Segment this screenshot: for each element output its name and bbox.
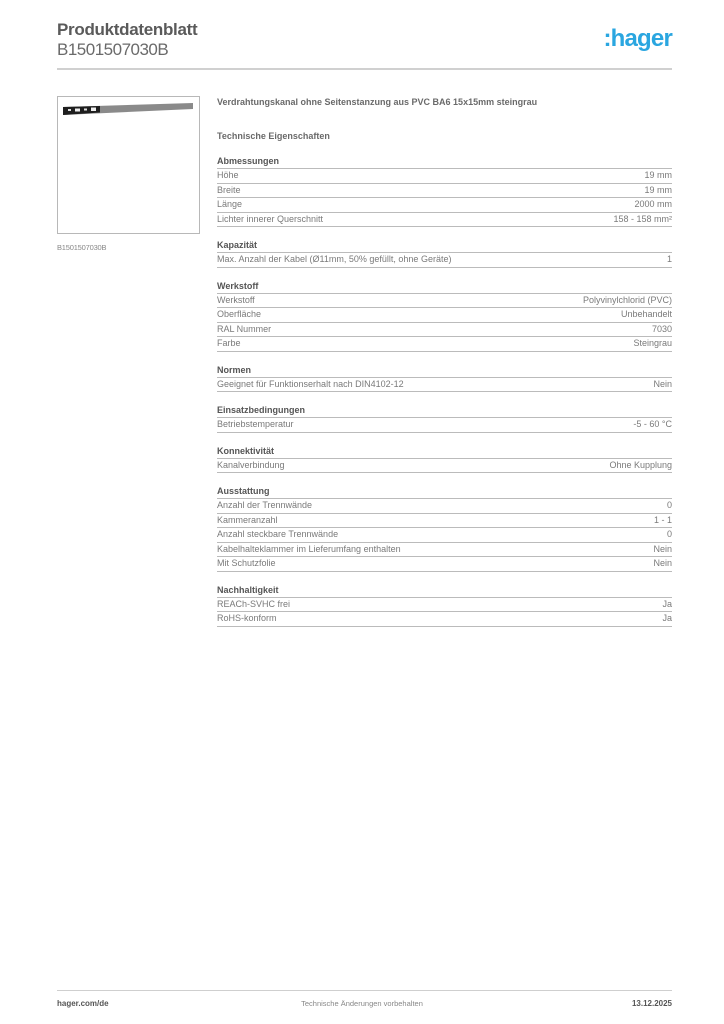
property-row: Geeignet für Funktionserhalt nach DIN410… [217, 378, 672, 393]
property-value: Unbehandelt [621, 308, 672, 322]
property-value: -5 - 60 °C [633, 418, 672, 432]
property-value: Steingrau [633, 337, 672, 351]
property-label: Mit Schutzfolie [217, 557, 276, 571]
property-value: 2000 mm [634, 198, 672, 212]
footer-disclaimer: Technische Änderungen vorbehalten [0, 999, 724, 1008]
property-label: Farbe [217, 337, 241, 351]
section-title: Kapazität [217, 239, 672, 253]
section-kapazit-t: KapazitätMax. Anzahl der Kabel (Ø11mm, 5… [217, 239, 672, 268]
hager-logo: :hager [603, 25, 672, 53]
property-row: WerkstoffPolyvinylchlorid (PVC) [217, 294, 672, 309]
property-label: RoHS-konform [217, 612, 277, 626]
property-value: Nein [653, 378, 672, 392]
property-label: Länge [217, 198, 242, 212]
property-value: 1 - 1 [654, 514, 672, 528]
property-value: Nein [653, 557, 672, 571]
property-row: RAL Nummer7030 [217, 323, 672, 338]
property-label: Anzahl steckbare Trennwände [217, 528, 338, 542]
footer-divider [57, 990, 672, 991]
product-image [63, 103, 193, 115]
property-label: Werkstoff [217, 294, 255, 308]
property-label: Anzahl der Trennwände [217, 499, 312, 513]
property-row: FarbeSteingrau [217, 337, 672, 352]
property-label: Betriebstemperatur [217, 418, 294, 432]
property-value: Nein [653, 543, 672, 557]
property-row: RoHS-konformJa [217, 612, 672, 627]
property-value: Ohne Kupplung [609, 459, 672, 473]
section-normen: NormenGeeignet für Funktionserhalt nach … [217, 364, 672, 393]
property-value: 19 mm [644, 184, 672, 198]
property-row: Betriebstemperatur-5 - 60 °C [217, 418, 672, 433]
property-value: 19 mm [644, 169, 672, 183]
section-title: Einsatzbedingungen [217, 404, 672, 418]
image-caption: B1501507030B [57, 243, 106, 252]
section-title: Werkstoff [217, 280, 672, 294]
property-label: Oberfläche [217, 308, 261, 322]
section-title: Nachhaltigkeit [217, 584, 672, 598]
section-nachhaltigkeit: NachhaltigkeitREACh-SVHC freiJaRoHS-konf… [217, 584, 672, 627]
section-title: Abmessungen [217, 155, 672, 169]
property-label: Max. Anzahl der Kabel (Ø11mm, 50% gefüll… [217, 253, 451, 267]
property-row: Anzahl der Trennwände0 [217, 499, 672, 514]
property-value: 158 - 158 mm² [613, 213, 672, 227]
property-value: 0 [667, 528, 672, 542]
section-abmessungen: AbmessungenHöhe19 mmBreite19 mmLänge2000… [217, 155, 672, 227]
section-werkstoff: WerkstoffWerkstoffPolyvinylchlorid (PVC)… [217, 280, 672, 352]
property-row: OberflächeUnbehandelt [217, 308, 672, 323]
property-row: Lichter innerer Querschnitt158 - 158 mm² [217, 213, 672, 228]
property-sections: AbmessungenHöhe19 mmBreite19 mmLänge2000… [217, 155, 672, 627]
property-label: Höhe [217, 169, 239, 183]
property-value: Polyvinylchlorid (PVC) [583, 294, 672, 308]
product-image-frame [57, 96, 200, 234]
property-label: RAL Nummer [217, 323, 271, 337]
property-row: Kabelhalteklammer im Lieferumfang enthal… [217, 543, 672, 558]
property-label: Kanalverbindung [217, 459, 285, 473]
document-title: Produktdatenblatt [57, 20, 672, 40]
property-label: Breite [217, 184, 241, 198]
product-details: Verdrahtungskanal ohne Seitenstanzung au… [217, 95, 672, 627]
section-einsatzbedingungen: EinsatzbedingungenBetriebstemperatur-5 -… [217, 404, 672, 433]
property-value: Ja [662, 612, 672, 626]
section-ausstattung: AusstattungAnzahl der Trennwände0Kammera… [217, 485, 672, 572]
section-title: Ausstattung [217, 485, 672, 499]
property-row: REACh-SVHC freiJa [217, 598, 672, 613]
page-header: Produktdatenblatt B1501507030B :hager [57, 20, 672, 60]
property-row: KanalverbindungOhne Kupplung [217, 459, 672, 474]
footer-date: 13.12.2025 [632, 999, 672, 1008]
property-value: 0 [667, 499, 672, 513]
property-row: Max. Anzahl der Kabel (Ø11mm, 50% gefüll… [217, 253, 672, 268]
property-value: 7030 [652, 323, 672, 337]
property-value: Ja [662, 598, 672, 612]
header-divider [57, 68, 672, 70]
property-row: Kammeranzahl1 - 1 [217, 514, 672, 529]
property-value: 1 [667, 253, 672, 267]
technical-properties-heading: Technische Eigenschaften [217, 129, 672, 143]
property-row: Länge2000 mm [217, 198, 672, 213]
section-title: Normen [217, 364, 672, 378]
section-title: Konnektivität [217, 445, 672, 459]
property-row: Breite19 mm [217, 184, 672, 199]
property-row: Höhe19 mm [217, 169, 672, 184]
property-label: Lichter innerer Querschnitt [217, 213, 323, 227]
property-label: REACh-SVHC frei [217, 598, 290, 612]
property-row: Anzahl steckbare Trennwände0 [217, 528, 672, 543]
property-label: Kammeranzahl [217, 514, 278, 528]
product-description: Verdrahtungskanal ohne Seitenstanzung au… [217, 95, 672, 109]
property-label: Geeignet für Funktionserhalt nach DIN410… [217, 378, 404, 392]
article-number: B1501507030B [57, 40, 672, 60]
property-row: Mit SchutzfolieNein [217, 557, 672, 572]
section-konnektivit-t: KonnektivitätKanalverbindungOhne Kupplun… [217, 445, 672, 474]
property-label: Kabelhalteklammer im Lieferumfang enthal… [217, 543, 401, 557]
